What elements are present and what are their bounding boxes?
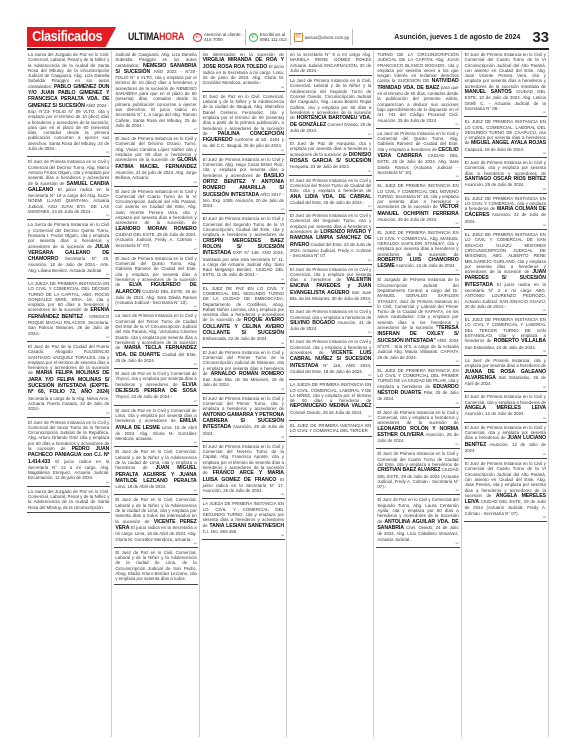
notice-code-tag: ▪▪▪ xyxy=(465,188,546,191)
decedent-name: TANIA LESIANI SANETNESICH xyxy=(209,523,284,529)
legal-notice: La Jueza de Primera Instancia en lo Civi… xyxy=(27,221,110,279)
legal-notice: El Juez de Primera Instancia en lo Civil… xyxy=(202,215,285,283)
legal-notice: El Juez de Primera Instancia en lo Civil… xyxy=(114,188,197,254)
notice-code-tag: ▪▪▪ xyxy=(377,175,458,178)
notice-code-tag: ▪▪▪ xyxy=(377,123,458,126)
legal-notice: El Juez de Paz de Horqueta, cita y empla… xyxy=(289,140,372,175)
notice-code-tag: ▪▪▪ xyxy=(465,453,546,456)
page-number: 33 xyxy=(532,29,549,46)
notice-text: El Juez de Primera Instancia en lo Civil… xyxy=(465,52,546,89)
legal-notice: El Juez de Paz en lo Civil, Comercial, L… xyxy=(114,496,197,547)
legal-notice: El Juez de Primera Instancia en lo Civil… xyxy=(464,159,547,193)
legal-notice: El Juez de Primera Instancia en lo Civil… xyxy=(289,338,372,380)
legal-notice: La Jueza del Juzgado de Paz en lo Civil,… xyxy=(27,51,110,157)
decedent-name: ANGELA MERELES LEIVA xyxy=(465,405,546,411)
whatsapp-icon: ✆ xyxy=(249,33,258,42)
notice-text: los interesados en la sucesión de xyxy=(203,52,284,57)
legal-notice: los interesados en la sucesión de VIRGIL… xyxy=(202,51,285,92)
legal-notice: La Juez de Primera Instancia, cita y emp… xyxy=(464,357,547,392)
notice-code-tag: ▪▪▪ xyxy=(203,436,284,439)
legal-notice: EL JUEZ DE PAZ EN LO CIVIL Y COMERCIAL D… xyxy=(202,285,285,348)
legal-notice: El Juez de Paz de la Ciudad del Puerto C… xyxy=(27,343,110,418)
legal-notice: LA JUEZA DE PRIMERA INSTANCIA EN LO CIVI… xyxy=(27,280,110,342)
legal-notice: en la secretaría N° 9 a mi cargo Abg. MA… xyxy=(289,51,372,76)
notice-code-tag: ▪▪▪ xyxy=(28,412,109,415)
notice-code-tag: ▪▪▪ xyxy=(290,374,371,377)
notice-text: La Juez de Primera Instancia en lo Civil… xyxy=(290,78,371,120)
phone-icon: ✆ xyxy=(193,33,202,42)
contact-email: ✉ avisos@uhora.com.py xyxy=(291,29,354,45)
notice-text: EL JUEZ DE PRIMERA INSTANCIA EN LO CIVIL… xyxy=(377,230,458,256)
notice-code-tag: ▪▪▪ xyxy=(115,489,196,492)
notice-text: El Juez de Primera Instancia en lo Civil… xyxy=(115,189,196,226)
notice-code-tag: ▪▪▪ xyxy=(377,360,458,363)
legal-notice: El Juez de Primera Instancia en lo Civil… xyxy=(289,308,372,337)
legal-notice: El Juez de Primera Instancia en lo Civil… xyxy=(27,158,110,220)
legal-notice: Judicial de Caaguazú, Abg. Liza Danelia … xyxy=(114,51,197,134)
notice-code-tag: ▪▪▪ xyxy=(377,489,458,492)
legal-notice: El Juez de Primera Instancia en lo Civil… xyxy=(27,419,110,487)
notice-code-tag: ▪▪▪ xyxy=(465,386,546,389)
notice-details: Ciudad del Este, 25 de Julio de 2024.- xyxy=(290,200,364,205)
notice-details: Secretaría a cargo de la Abg. Nelva Arce… xyxy=(28,396,109,412)
decedent-name: LEANDRO MORAN ROMERO xyxy=(115,226,196,232)
notice-text: El Juez de Paz en lo Civil, Comercial, L… xyxy=(115,550,196,581)
legal-notice: El Juez de Primera Instancia en lo Civil… xyxy=(202,395,285,442)
notice-code-tag: ▪▪▪ xyxy=(465,224,546,227)
notice-text: EL JUEZ DE PRIMERA INSTANCIA EN LO CIVIL… xyxy=(465,232,546,274)
legal-notice: El Juez de Primera Instancia en lo Civil… xyxy=(376,450,459,495)
contact-whatsapp: ✆ Escribinos al0981 111 013 xyxy=(246,29,291,45)
notice-code-tag: ▪▪▪ xyxy=(28,481,109,484)
legal-notice: LA JUEZA DE PRIMERA INSTANCIA EN LO CIVI… xyxy=(289,381,372,421)
notice-code-tag: ▪▪▪ xyxy=(28,336,109,339)
notice-code-tag: ▪▪▪ xyxy=(203,342,284,345)
notice-code-tag: ▪▪▪ xyxy=(290,133,371,136)
legal-notice: El Juez de Paz en lo Civil y Comercial d… xyxy=(114,407,197,448)
legal-notice: El Juez de Paz en lo Civil y Comercial d… xyxy=(114,370,197,405)
legal-notice: El Juez de Primera Instancia en lo Civil… xyxy=(289,177,372,211)
notice-text: El Juez de Primera Instancia en lo Civil… xyxy=(377,410,458,426)
notice-details: Ybycuí, 23 de Julio de 2024.- xyxy=(115,394,172,399)
notice-code-tag: ▪▪▪ xyxy=(465,309,546,312)
notice-code-tag: ▪▪▪ xyxy=(377,542,458,545)
decedent-name: MIGUEL ANGEL AYALA ROJAS xyxy=(471,140,546,146)
notice-code-tag: ▪▪▪ xyxy=(203,208,284,211)
decedent-name: MANUEL SANTOS xyxy=(465,89,512,95)
legal-notice: EL JUEZ DE PRIMERA INSTANCIA EN LO CIVIL… xyxy=(464,118,547,158)
notice-text: El Juez de Primera Instancia en lo Civil… xyxy=(465,160,546,176)
decedent-name: FRANCO ARCE Y MARIA LUISA GOMEZ DE FRANC… xyxy=(203,470,284,482)
notice-details: Coronel Oviedo, 26 de Julio de 2024. xyxy=(290,410,363,415)
notice-text: El Juez de Primera Instancia en lo Civil… xyxy=(465,394,546,404)
notice-text: El Juzgado de Primera Instancia de la Ci… xyxy=(377,277,458,330)
notice-code-tag: ▪▪▪ xyxy=(465,350,546,353)
notice-code-tag: ▪▪▪ xyxy=(115,305,196,308)
legal-notice: EL JUEZ DE PRIMERA INSTANCIA EN LO CIVIL… xyxy=(464,316,547,356)
notice-details: CIUDAD DEL ESTE, 28 de Julio de 2024. (A… xyxy=(115,232,196,248)
notice-code-tag: ▪▪▪ xyxy=(115,363,196,366)
legal-notice: El Juez de Paz en lo Civil, Comercial, L… xyxy=(202,93,285,155)
notice-code-tag: ▪▪▪ xyxy=(203,388,284,391)
notice-code-tag: ▪▪▪ xyxy=(115,542,196,545)
notice-code-tag: ▪▪▪ xyxy=(28,151,109,154)
notice-details: Horqueta, 23 de Julio de 2024. xyxy=(290,164,350,169)
notice-code-tag: ▪▪▪ xyxy=(377,402,458,405)
notice-details: AÑO 2023 - N°20- FOLIO N° 2 VLTO, cita y… xyxy=(115,69,196,128)
notice-code-tag: ▪▪▪ xyxy=(115,181,196,184)
legal-notice: El Juez de Primera Instancia en lo Civil… xyxy=(464,393,547,422)
section-title: Clasificados xyxy=(27,27,116,47)
notice-code-tag: ▪▪▪ xyxy=(465,516,546,519)
legal-notice: El Juez de Primera Instancia en lo Civil… xyxy=(202,156,285,215)
legal-notice: EL JUEZ DE PRIMERA INSTANCIA EN LO CIVIL… xyxy=(464,231,547,315)
notice-code-tag: ▪▪▪ xyxy=(465,111,546,114)
notice-text: El Juez de Primera Instancia en lo Civil… xyxy=(203,396,284,412)
legal-notice: El Juez de Paz en lo Civil, Comercial, L… xyxy=(114,549,197,585)
notice-text: LA JUEZA DE PRIMERA INSTANCIA EN LO CIVI… xyxy=(290,382,371,403)
legal-notice: El Juez de Primera Instancia en lo Civil… xyxy=(464,460,547,522)
notice-code-tag: ▪▪▪ xyxy=(290,205,371,208)
notice-code-tag: ▪▪▪ xyxy=(290,259,371,262)
notice-code-tag: ▪▪▪ xyxy=(28,214,109,217)
legal-notice: El Juez de Paz en lo Civil y Comercial d… xyxy=(376,496,459,547)
legal-notice: La Juez de Primera Instancia en lo Civil… xyxy=(114,312,197,369)
notice-code-tag: ▪▪▪ xyxy=(203,86,284,89)
legal-notice: La Jueza del Juzgado de Paz en lo Civil,… xyxy=(27,488,110,513)
legal-notice: La Juez de Primera Instancia en lo Civil… xyxy=(289,77,372,139)
decedent-name: SANTIAGO OSCAR RÍOS BRÍTEZ xyxy=(465,176,546,182)
column-1: La Jueza del Juzgado de Paz en lo Civil,… xyxy=(27,51,112,737)
legal-notice: El Juez de Primera Instancia en lo Civil… xyxy=(376,409,459,450)
notice-details: San Estanislao, 24 de Julio de 2024. xyxy=(465,345,536,350)
notice-code-tag: ▪▪▪ xyxy=(115,441,196,444)
header-rule xyxy=(27,48,549,50)
legal-notice: El Juez de Primera Instancia en lo Civil… xyxy=(202,443,285,500)
column-6: El Juez de Primera Instancia en lo Civil… xyxy=(464,51,549,737)
notice-details: C.I. Nro. 583.455. xyxy=(203,529,238,534)
mail-icon: ✉ xyxy=(294,33,303,42)
legal-notice: EL JUEZ DE PRIMERA INSTANCIA EN LO CIVIL… xyxy=(376,367,459,408)
decedent-name: MARIA FELIPA MOLINAS DE JARA Y/O FELIPA … xyxy=(28,370,109,395)
newspaper-logo: ULTIMAHORA xyxy=(128,31,178,43)
notice-text: La Jueza del Juzgado de Paz en lo Civil,… xyxy=(28,489,109,510)
notice-details: AÑO 2024 - Exp. N°23- FOLIO N° 09 VLTO, … xyxy=(28,103,109,151)
notice-text: La Juez de Primera Instancia, cita y emp… xyxy=(465,358,546,368)
notice-text: en la secretaría N° 9 a mi cargo Abg. MA… xyxy=(290,52,371,73)
notice-code-tag: ▪▪▪ xyxy=(465,417,546,420)
page-header: Clasificados ULTIMAHORA ✆ Atención al cl… xyxy=(27,27,549,47)
notice-details: Caapucú, 18 de Julio de 2024. xyxy=(465,147,525,152)
contact-phone: ✆ Atención al cliente:415 7000 xyxy=(190,29,246,45)
notice-code-tag: ▪▪▪ xyxy=(203,534,284,537)
legal-notice: El Juez de Primera Instancia en lo Civil… xyxy=(289,266,372,308)
decedent-name: ARNALDO ROMÁN ROMERO xyxy=(211,371,284,377)
notice-code-tag: ▪▪▪ xyxy=(290,415,371,418)
legal-notice: EL JUEZ DE PRIMERA INSTANCIA EN LO CIVIL… xyxy=(464,195,547,230)
notice-code-tag: ▪▪▪ xyxy=(115,400,196,403)
column-4: en la secretaría N° 9 a mi cargo Abg. MA… xyxy=(289,51,374,737)
notice-text: El Juez de Primera Instancia en lo Civil… xyxy=(290,309,371,319)
notice-details: Asunción, 29 de Julio de 2024. xyxy=(377,217,437,222)
notice-text: El Juez de Primera Instancia en lo Civil… xyxy=(203,216,284,237)
legal-notice: EL JUEZ DE PRIMERA INSTANCIA EN LO CIVIL… xyxy=(376,229,459,275)
classified-columns: La Jueza del Juzgado de Paz en lo Civil,… xyxy=(27,51,549,737)
legal-notice: El Juzgado de Primera Instancia de la Ci… xyxy=(376,276,459,365)
legal-notice: El Juez de Paz en lo Civil, Comercial, L… xyxy=(114,448,197,495)
notice-text: El Juez de Paz en lo Civil, Comercial, L… xyxy=(203,94,284,136)
notice-details: Asunción, 16 de Julio de 2024. xyxy=(396,263,456,268)
notice-code-tag: ▪▪▪ xyxy=(290,331,371,334)
notice-details: Asunción, 25 de Julio de 2024. xyxy=(465,182,525,187)
decedent-name: NEPOMUCENO MEDINA VALDEZ xyxy=(290,403,371,409)
notice-details: Asunción, 12 de Julio de 2024. xyxy=(465,411,525,416)
decedent-name: CRISTIAN BAEZ ALVAREZ xyxy=(377,467,440,473)
legal-notice: El Juez de Primera Instancia en lo Civil… xyxy=(114,255,197,312)
notice-code-tag: ▪▪▪ xyxy=(377,269,458,272)
legal-notice: El Juez de Primera Instancia en lo Civil… xyxy=(289,212,372,264)
notice-code-tag: ▪▪▪ xyxy=(290,170,371,173)
notice-text: El Juez de Primera Instancia en lo Civil… xyxy=(377,451,458,467)
notice-code-tag: ▪▪▪ xyxy=(203,278,284,281)
notice-details: San Juan Bta. de las Misiones, 19 de Jul… xyxy=(203,377,284,387)
notice-text: EL JUEZ DE PRIMERA INSTANCIA EN LO CIVIL… xyxy=(290,423,371,433)
legal-notice: La Juez de Primera Instancia en lo Civil… xyxy=(376,130,459,181)
issue-date: Asunción, jueves 1 de agosto de 2024 xyxy=(394,34,520,41)
legal-notice: El Juez de Primera Instancia en lo Civil… xyxy=(114,135,197,186)
legal-notice: EL JUEZ DE PRIMERA INSTANCIA EN LO CIVIL… xyxy=(289,422,372,437)
column-2: Judicial de Caaguazú, Abg. Liza Danelia … xyxy=(114,51,199,737)
legal-notice: El Juez de Primera Instancia en lo Civil… xyxy=(464,51,547,117)
notice-details: Lima, 18 de Abril de 2024. xyxy=(115,484,166,489)
decedent-name: SILVINO BOGADO xyxy=(290,320,335,326)
decedent-name: ANA LIDIA VDA. DE CABRAL xyxy=(290,194,371,200)
notice-code-tag: ▪▪▪ xyxy=(465,152,546,155)
notice-code-tag: ▪▪▪ xyxy=(377,443,458,446)
notice-details: Emboscada, 22 de Julio de 2024. xyxy=(203,336,268,341)
column-5: TURNO DE LA CIRCUNSCRIPCIÓN JUDICIAL DE … xyxy=(376,51,461,737)
notice-text: El Juez de Primera Instancia en lo Civil… xyxy=(290,178,371,194)
column-3: los interesados en la sucesión de VIRGIL… xyxy=(202,51,287,737)
notice-code-tag: ▪▪▪ xyxy=(290,301,371,304)
legal-notice: LA JUEZA DE PRIMERA INSTANCIA EN LO CIVI… xyxy=(202,500,285,540)
notice-code-tag: ▪▪▪ xyxy=(115,248,196,251)
legal-notice: El Juez de Primera Instancia en lo Civil… xyxy=(202,349,285,394)
notice-code-tag: ▪▪▪ xyxy=(203,493,284,496)
legal-notice: EL JUEZ DE PRIMERA INSTANCIA EN LO CIVIL… xyxy=(376,182,459,228)
notice-code-tag: ▪▪▪ xyxy=(377,222,458,225)
notice-code-tag: ▪▪▪ xyxy=(203,149,284,152)
legal-notice: TURNO DE LA CIRCUNSCRIPCIÓN JUDICIAL DE … xyxy=(376,51,459,129)
legal-notice: El Juez de Primera Instancia en lo Civil… xyxy=(464,424,547,459)
notice-code-tag: ▪▪▪ xyxy=(115,128,196,131)
notice-code-tag: ▪▪▪ xyxy=(28,273,109,276)
notice-details: para que en el término de 60 días, conta… xyxy=(377,85,458,123)
decedent-name: ROBERTO VILLALBA xyxy=(494,338,546,344)
notice-details: Asunción, 21 de julio de 2024. Abg. Jorg… xyxy=(115,170,196,180)
